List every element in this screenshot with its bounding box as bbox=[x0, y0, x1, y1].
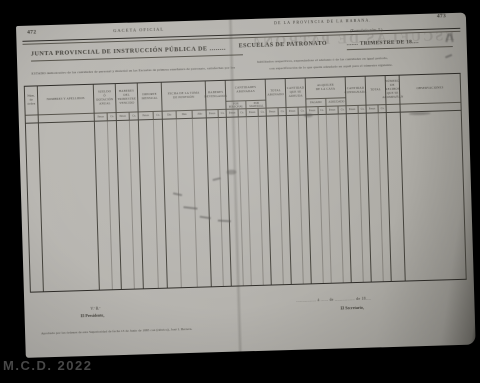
column-unit-label: Cs. bbox=[379, 105, 387, 113]
column-unit-label: Cs. bbox=[359, 106, 367, 114]
column-header: IMPORTE MENSUAL bbox=[138, 83, 162, 113]
table-group-observaciones: OBSERVACIONES bbox=[400, 74, 467, 281]
estado-paragraph-left: ESTADO demostrativo de las cantidades de… bbox=[31, 66, 235, 76]
table-body-cell bbox=[401, 111, 467, 281]
column-header: HABERES DEL TRIMESTRE VENCIDO bbox=[116, 83, 138, 113]
approval-note: Aprobado por las órdenes de esta Superio… bbox=[41, 327, 192, 335]
column-header: ALQUILER DE LA CASA bbox=[306, 77, 346, 99]
table-group-alquiler-casa: ALQUILER DE LA CASAPAGADOADEUDADOPesosCs… bbox=[306, 77, 352, 283]
column-header: FECHA DE LA TOMA DE POSESIÓN bbox=[162, 81, 206, 111]
table-group-fecha-posesion: FECHA DE LA TOMA DE POSESIÓNDíaMesAño bbox=[162, 81, 212, 287]
right-running-title: DE LA PROVINCIA DE LA HABANA. bbox=[274, 17, 372, 25]
right-page-number: 473 bbox=[437, 13, 446, 19]
column-header: NÚMERO DE RECIBOS QUE SE ACOMPAÑAN bbox=[386, 76, 400, 105]
form-table: Núm. de órdenNOMBRES Y APELLIDOSSUELDO Ó… bbox=[24, 73, 467, 293]
document-content: 472 GACETA OFICIAL DE LA PROVINCIA DE LA… bbox=[16, 13, 476, 358]
left-running-title: GACETA OFICIAL bbox=[113, 27, 164, 34]
column-header: TOTAL ABONADO bbox=[266, 79, 286, 109]
table-body-cell bbox=[39, 122, 100, 292]
corner-watermark: M.C.D. 2022 bbox=[3, 358, 92, 373]
column-header: HABERES DEVENGADOS bbox=[206, 81, 226, 111]
body-row bbox=[163, 118, 211, 287]
pen-mark bbox=[445, 54, 452, 58]
date-blank-line: ................ á ...... de ...........… bbox=[296, 297, 371, 303]
column-unit-label: Cs. bbox=[279, 108, 287, 116]
estado-paragraph-right-2: con especificación de lo que queda adeud… bbox=[269, 63, 392, 71]
column-header: CANTIDAD CONSIGNADA bbox=[346, 77, 366, 107]
body-row bbox=[307, 114, 351, 283]
column-header: CANTIDAD QUE SE ADEUDA bbox=[286, 78, 306, 108]
secretario-label: El Secretario, bbox=[340, 305, 363, 311]
column-header: SUELDO Ó DOTACIÓN ANUAL bbox=[94, 84, 116, 114]
left-page-number: 472 bbox=[27, 29, 36, 35]
column-unit-label: Cs. bbox=[219, 110, 227, 118]
column-header: NOMBRES Y APELLIDOS bbox=[38, 85, 94, 116]
document-spread: 472 GACETA OFICIAL DE LA PROVINCIA DE LA… bbox=[16, 13, 476, 358]
table-group-nombres: NOMBRES Y APELLIDOS bbox=[38, 85, 100, 292]
column-unit-label: Cs. bbox=[319, 107, 327, 115]
scan-stage: 472 GACETA OFICIAL DE LA PROVINCIA DE LA… bbox=[0, 0, 480, 383]
column-unit-label: Cs. bbox=[259, 109, 267, 117]
column-header: OBSERVACIONES bbox=[400, 74, 461, 105]
presidente-label: El Presidente, bbox=[81, 313, 105, 319]
vobo-label: V.º B.º bbox=[90, 307, 100, 311]
body-row bbox=[401, 111, 466, 281]
column-unit-label: Cs. bbox=[239, 109, 247, 117]
column-header: Núm. de órden bbox=[25, 86, 38, 115]
column-unit-label: Cs. bbox=[339, 106, 347, 114]
body-row bbox=[39, 122, 99, 292]
